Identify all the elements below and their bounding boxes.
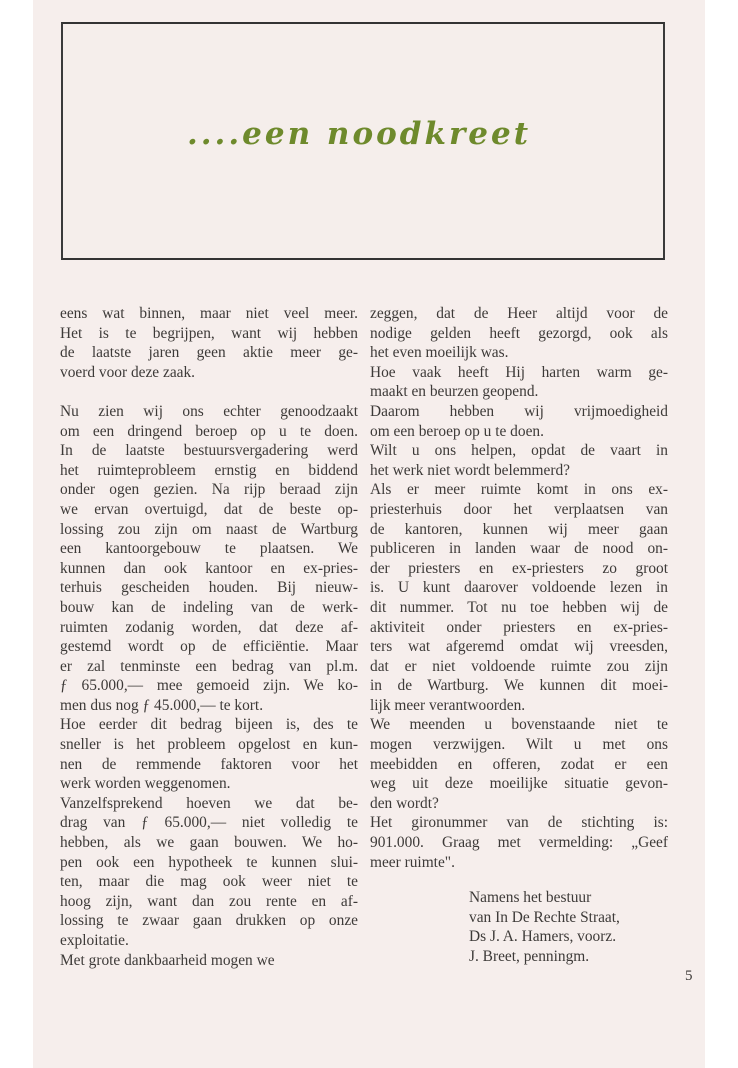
text-line: lossing te zwaar gaan drukken op onze xyxy=(60,911,358,931)
text-line: Als er meer ruimte komt in ons ex- xyxy=(370,480,668,500)
text-line: kunnen dan ook kantoor en ex-pries- xyxy=(60,559,358,579)
text-line: ƒ 65.000,— mee gemoeid zijn. We ko- xyxy=(60,676,358,696)
signature-line: van In De Rechte Straat, xyxy=(469,908,689,928)
text-line: priesterhuis door het verplaatsen van xyxy=(370,500,668,520)
text-line: weg uit deze moeilijke situatie gevon- xyxy=(370,774,668,794)
text-line: Daarom hebben wij vrijmoedigheid xyxy=(370,402,668,422)
text-line: drag van ƒ 65.000,— niet volledig te xyxy=(60,813,358,833)
text-line: lossing zou zijn om naast de Wartburg xyxy=(60,520,358,540)
text-line: bouw kan de indeling van de werk- xyxy=(60,598,358,618)
text-line: hebben, als we gaan bouwen. We ho- xyxy=(60,833,358,853)
text-line: het even moeilijk was. xyxy=(370,343,668,363)
text-line: meer ruimte". xyxy=(370,853,668,873)
text-line: om een beroep op u te doen. xyxy=(370,422,668,442)
text-line: terhuis gescheiden houden. Bij nieuw- xyxy=(60,578,358,598)
text-line: nodige gelden heeft gezorgd, ook als xyxy=(370,324,668,344)
right-column: zeggen, dat de Heer altijd voor denodige… xyxy=(370,304,668,872)
text-line: ters wat afgeremd omdat wij vreesden, xyxy=(370,637,668,657)
text-line: Vanzelfsprekend hoeven we dat be- xyxy=(60,794,358,814)
text-line: is. U kunt daarover voldoende lezen in xyxy=(370,578,668,598)
text-line: ten, maar die mag ook weer niet te xyxy=(60,872,358,892)
text-line: werk worden weggenomen. xyxy=(60,774,358,794)
text-line: Het gironummer van de stichting is: xyxy=(370,813,668,833)
signature-line: J. Breet, penningm. xyxy=(469,947,689,967)
text-line: er zal tenminste een bedrag van pl.m. xyxy=(60,657,358,677)
text-line: zeggen, dat de Heer altijd voor de xyxy=(370,304,668,324)
title-frame: ....een noodkreet xyxy=(61,22,665,260)
text-line: de laatste jaren geen aktie meer ge- xyxy=(60,343,358,363)
left-column: eens wat binnen, maar niet veel meer.Het… xyxy=(60,304,358,970)
text-line: dit nummer. Tot nu toe hebben wij de xyxy=(370,598,668,618)
text-line: onder ogen gezien. Na rijp beraad zijn xyxy=(60,480,358,500)
text-line: 901.000. Graag met vermelding: „Geef xyxy=(370,833,668,853)
text-line: eens wat binnen, maar niet veel meer. xyxy=(60,304,358,324)
text-line: exploitatie. xyxy=(60,931,358,951)
text-line: In de laatste bestuursvergadering werd xyxy=(60,441,358,461)
text-line: we ervan overtuigd, dat de beste op- xyxy=(60,500,358,520)
text-line: Het is te begrijpen, want wij hebben xyxy=(60,324,358,344)
signature-block: Namens het bestuur van In De Rechte Stra… xyxy=(469,888,689,966)
text-line: aktiviteit onder priesters en ex-pries- xyxy=(370,618,668,638)
text-line: maakt en beurzen geopend. xyxy=(370,382,668,402)
text-line: pen ook een hypotheek te kunnen slui- xyxy=(60,853,358,873)
text-line: der priesters en ex-priesters zo groot xyxy=(370,559,668,579)
text-line: Met grote dankbaarheid mogen we xyxy=(60,951,358,971)
text-line: om een dringend beroep op u te doen. xyxy=(60,422,358,442)
text-line: ruimten zodanig worden, dat deze af- xyxy=(60,618,358,638)
text-line: publiceren in landen waar de nood on- xyxy=(370,539,668,559)
text-line: nen de remmende faktoren voor het xyxy=(60,755,358,775)
text-line: Nu zien wij ons echter genoodzaakt xyxy=(60,402,358,422)
text-line: gestemd wordt op de efficiëntie. Maar xyxy=(60,637,358,657)
text-line: in de Wartburg. We kunnen dit moei- xyxy=(370,676,668,696)
text-line: het ruimteprobleem ernstig en biddend xyxy=(60,461,358,481)
text-line: lijk meer verantwoorden. xyxy=(370,696,668,716)
text-line: Hoe vaak heeft Hij harten warm ge- xyxy=(370,363,668,383)
text-line: voerd voor deze zaak. xyxy=(60,363,358,383)
text-line: meebidden en offeren, zodat er een xyxy=(370,755,668,775)
document-page: ....een noodkreet eens wat binnen, maar … xyxy=(33,0,705,1068)
text-line: hoog zijn, want dan zou rente en af- xyxy=(60,892,358,912)
signature-line: Ds J. A. Hamers, voorz. xyxy=(469,927,689,947)
article-title: ....een noodkreet xyxy=(59,116,659,152)
text-line: de kantoren, kunnen wij meer gaan xyxy=(370,520,668,540)
page-number: 5 xyxy=(685,968,693,985)
signature-line: Namens het bestuur xyxy=(469,888,689,908)
text-line: het werk niet wordt belemmerd? xyxy=(370,461,668,481)
text-line: een kantoorgebouw te plaatsen. We xyxy=(60,539,358,559)
text-line: mogen verzwijgen. Wilt u met ons xyxy=(370,735,668,755)
text-line: dat er niet voldoende ruimte zou zijn xyxy=(370,657,668,677)
text-line: sneller is het probleem opgelost en kun- xyxy=(60,735,358,755)
text-line: Wilt u ons helpen, opdat de vaart in xyxy=(370,441,668,461)
text-line: men dus nog ƒ 45.000,— te kort. xyxy=(60,696,358,716)
text-line: Hoe eerder dit bedrag bijeen is, des te xyxy=(60,715,358,735)
text-line: We meenden u bovenstaande niet te xyxy=(370,715,668,735)
text-line: den wordt? xyxy=(370,794,668,814)
